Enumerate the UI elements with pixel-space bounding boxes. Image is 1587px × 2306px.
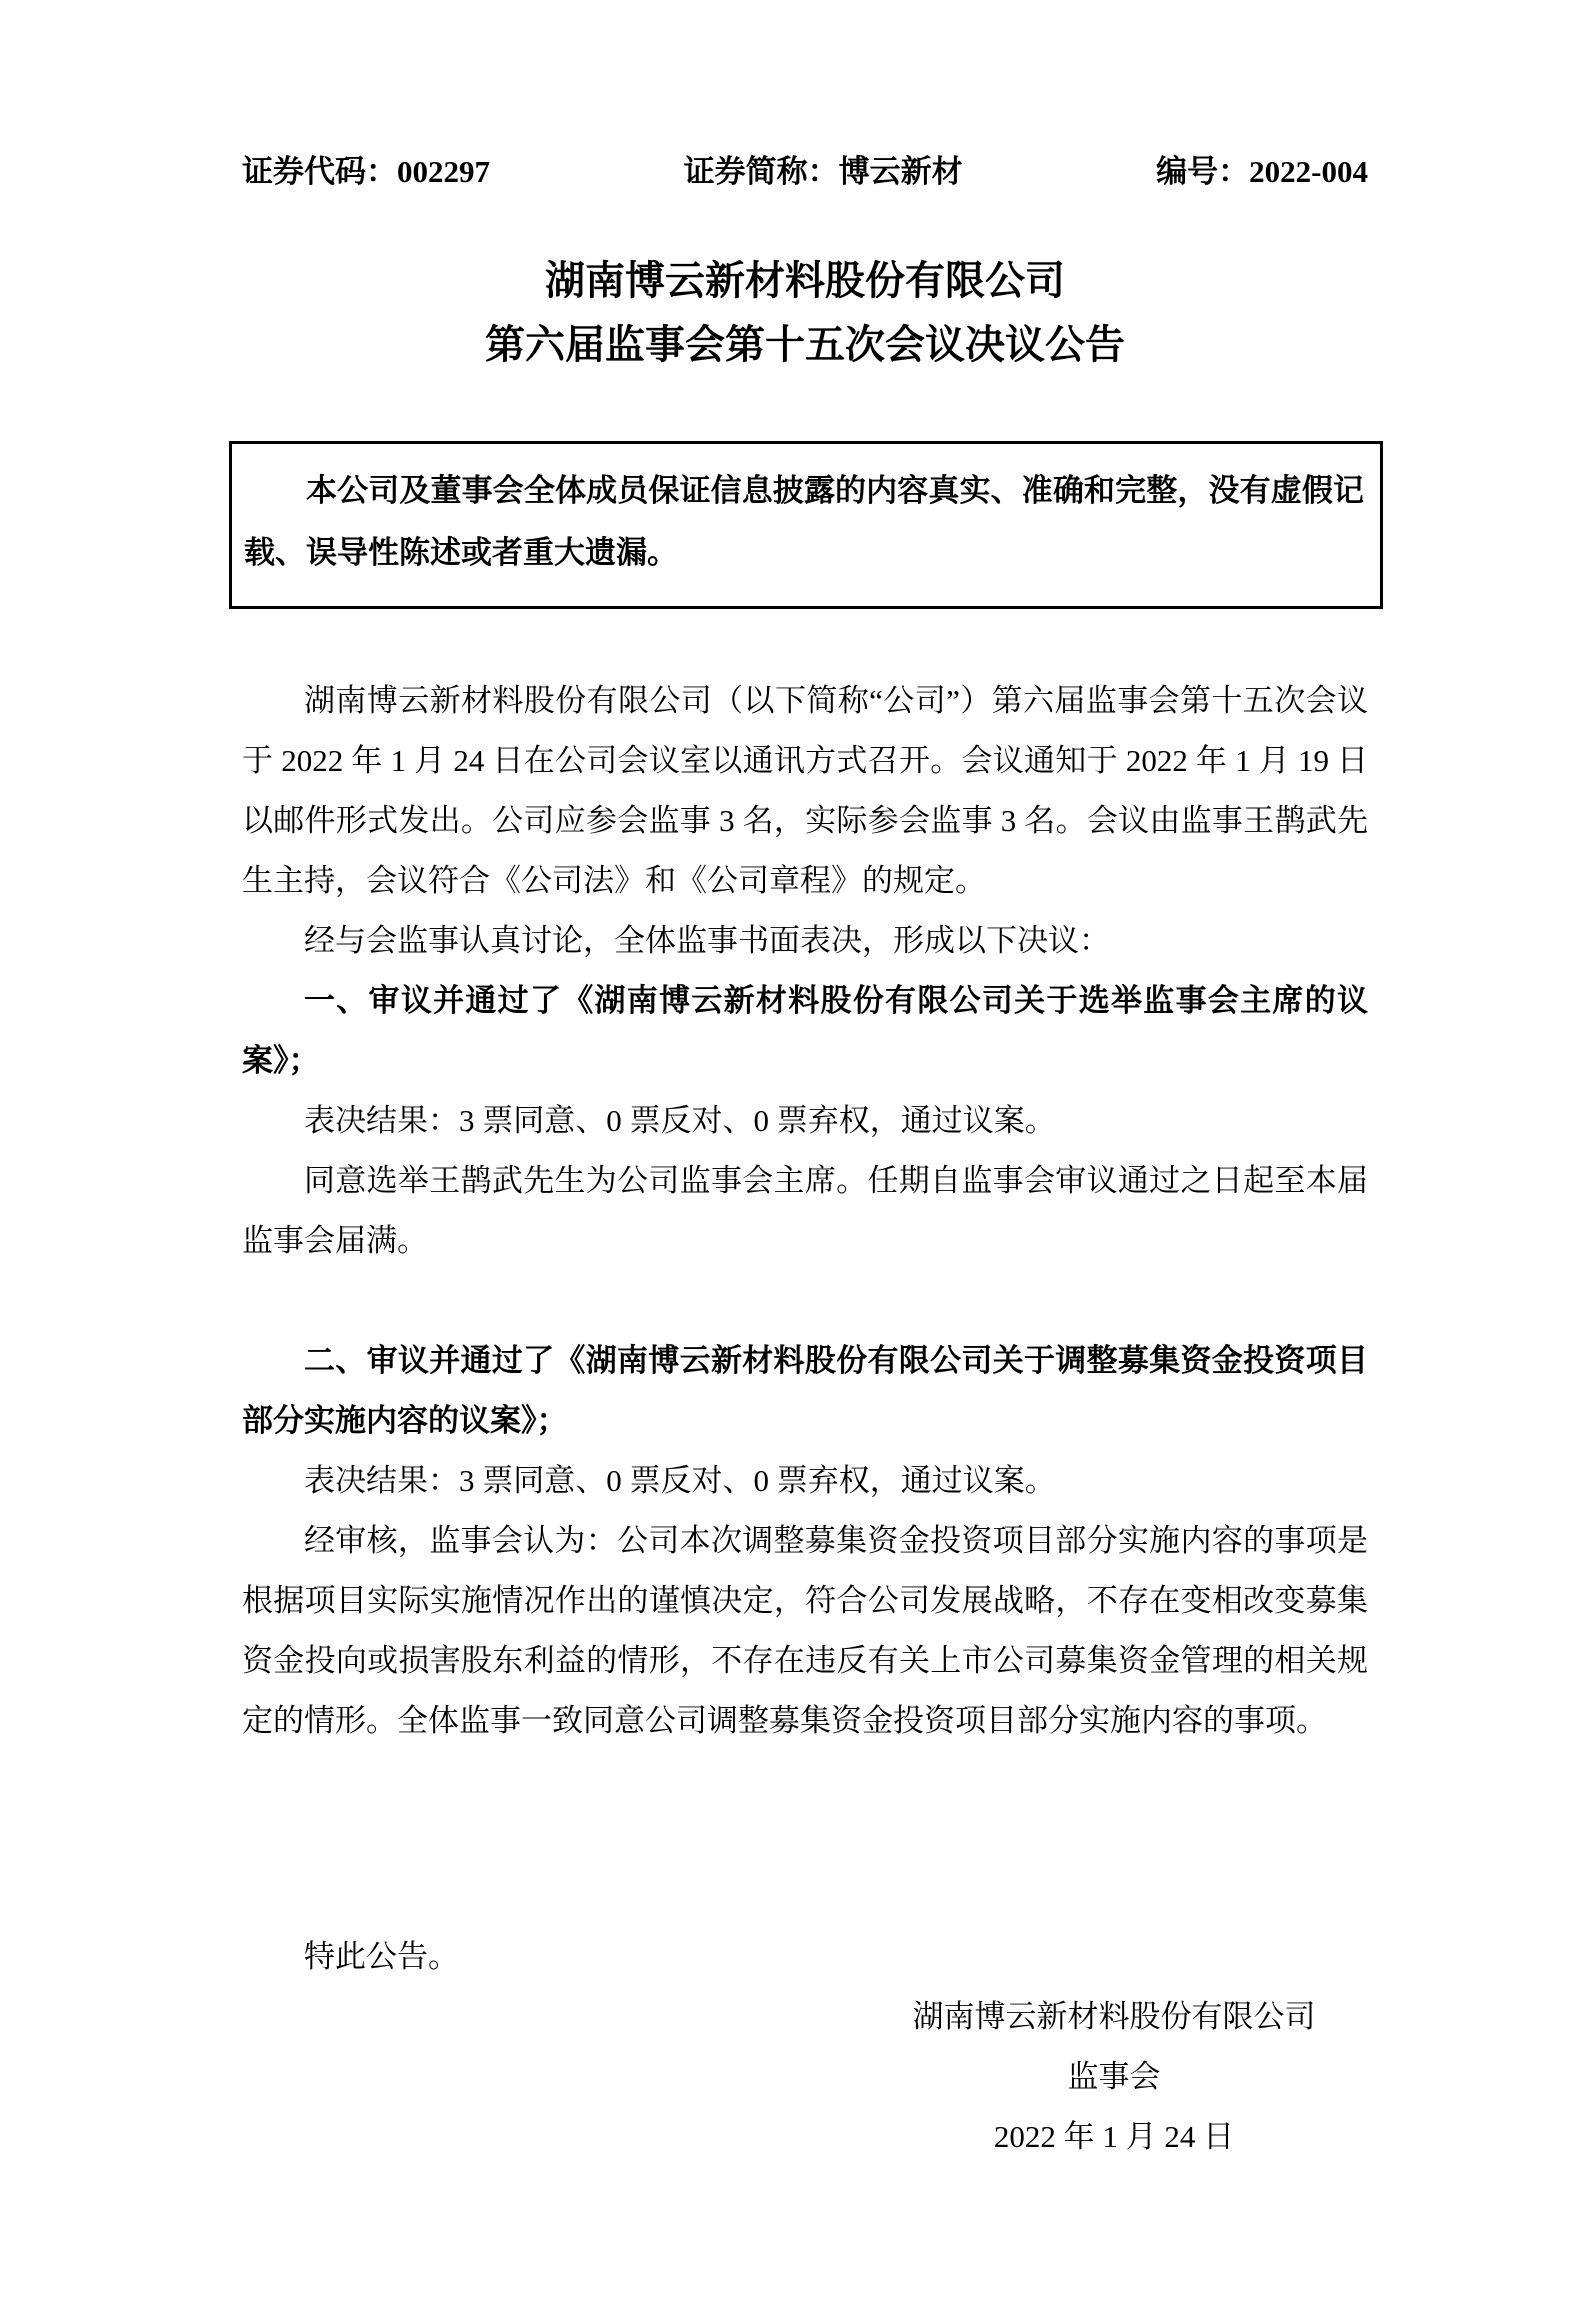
document-body: 湖南博云新材料股份有限公司（以下简称“公司”）第六届监事会第十五次会议于 202… [242, 671, 1368, 1987]
disclaimer-text: 本公司及董事会全体成员保证信息披露的内容真实、准确和完整，没有虚假记载、误导性陈… [244, 473, 1364, 570]
stock-code: 证券代码：002297 [242, 146, 490, 191]
disclaimer-box: 本公司及董事会全体成员保证信息披露的内容真实、准确和完整，没有虚假记载、误导性陈… [229, 441, 1383, 609]
title-block: 湖南博云新材料股份有限公司 第六届监事会第十五次会议决议公告 [242, 249, 1368, 377]
signature-date: 2022 年 1 月 24 日 [884, 2107, 1344, 2167]
document-header: 证券代码：002297 证券简称：博云新材 编号：2022-004 [242, 146, 1368, 191]
resolution-item1-title: 一、审议并通过了《湖南博云新材料股份有限公司关于选举监事会主席的议案》； [242, 971, 1368, 1091]
signature-company: 湖南博云新材料股份有限公司 [884, 1987, 1344, 2047]
signature-block: 湖南博云新材料股份有限公司 监事会 2022 年 1 月 24 日 [884, 1987, 1344, 2167]
resolution-item2-opinion: 经审核，监事会认为：公司本次调整募集资金投资项目部分实施内容的事项是根据项目实际… [242, 1511, 1368, 1751]
resolution-item2-vote: 表决结果：3 票同意、0 票反对、0 票弃权，通过议案。 [242, 1451, 1368, 1511]
paragraph-meeting-info: 湖南博云新材料股份有限公司（以下简称“公司”）第六届监事会第十五次会议于 202… [242, 671, 1368, 911]
paragraph-resolution-intro: 经与会监事认真讨论，全体监事书面表决，形成以下决议： [242, 911, 1368, 971]
stock-abbr: 证券简称：博云新材 [684, 146, 963, 191]
resolution-item1-vote: 表决结果：3 票同意、0 票反对、0 票弃权，通过议案。 [242, 1091, 1368, 1151]
closing-statement: 特此公告。 [242, 1927, 1368, 1987]
announcement-page: 证券代码：002297 证券简称：博云新材 编号：2022-004 湖南博云新材… [0, 0, 1587, 2306]
resolution-item2-title: 二、审议并通过了《湖南博云新材料股份有限公司关于调整募集资金投资项目部分实施内容… [242, 1331, 1368, 1451]
doc-number: 编号：2022-004 [1156, 146, 1368, 191]
resolution-item1-result: 同意选举王鹊武先生为公司监事会主席。任期自监事会审议通过之日起至本届监事会届满。 [242, 1151, 1368, 1271]
signature-department: 监事会 [884, 2047, 1344, 2107]
title-company-name: 湖南博云新材料股份有限公司 [242, 249, 1368, 313]
title-announcement-subtitle: 第六届监事会第十五次会议决议公告 [242, 313, 1368, 377]
